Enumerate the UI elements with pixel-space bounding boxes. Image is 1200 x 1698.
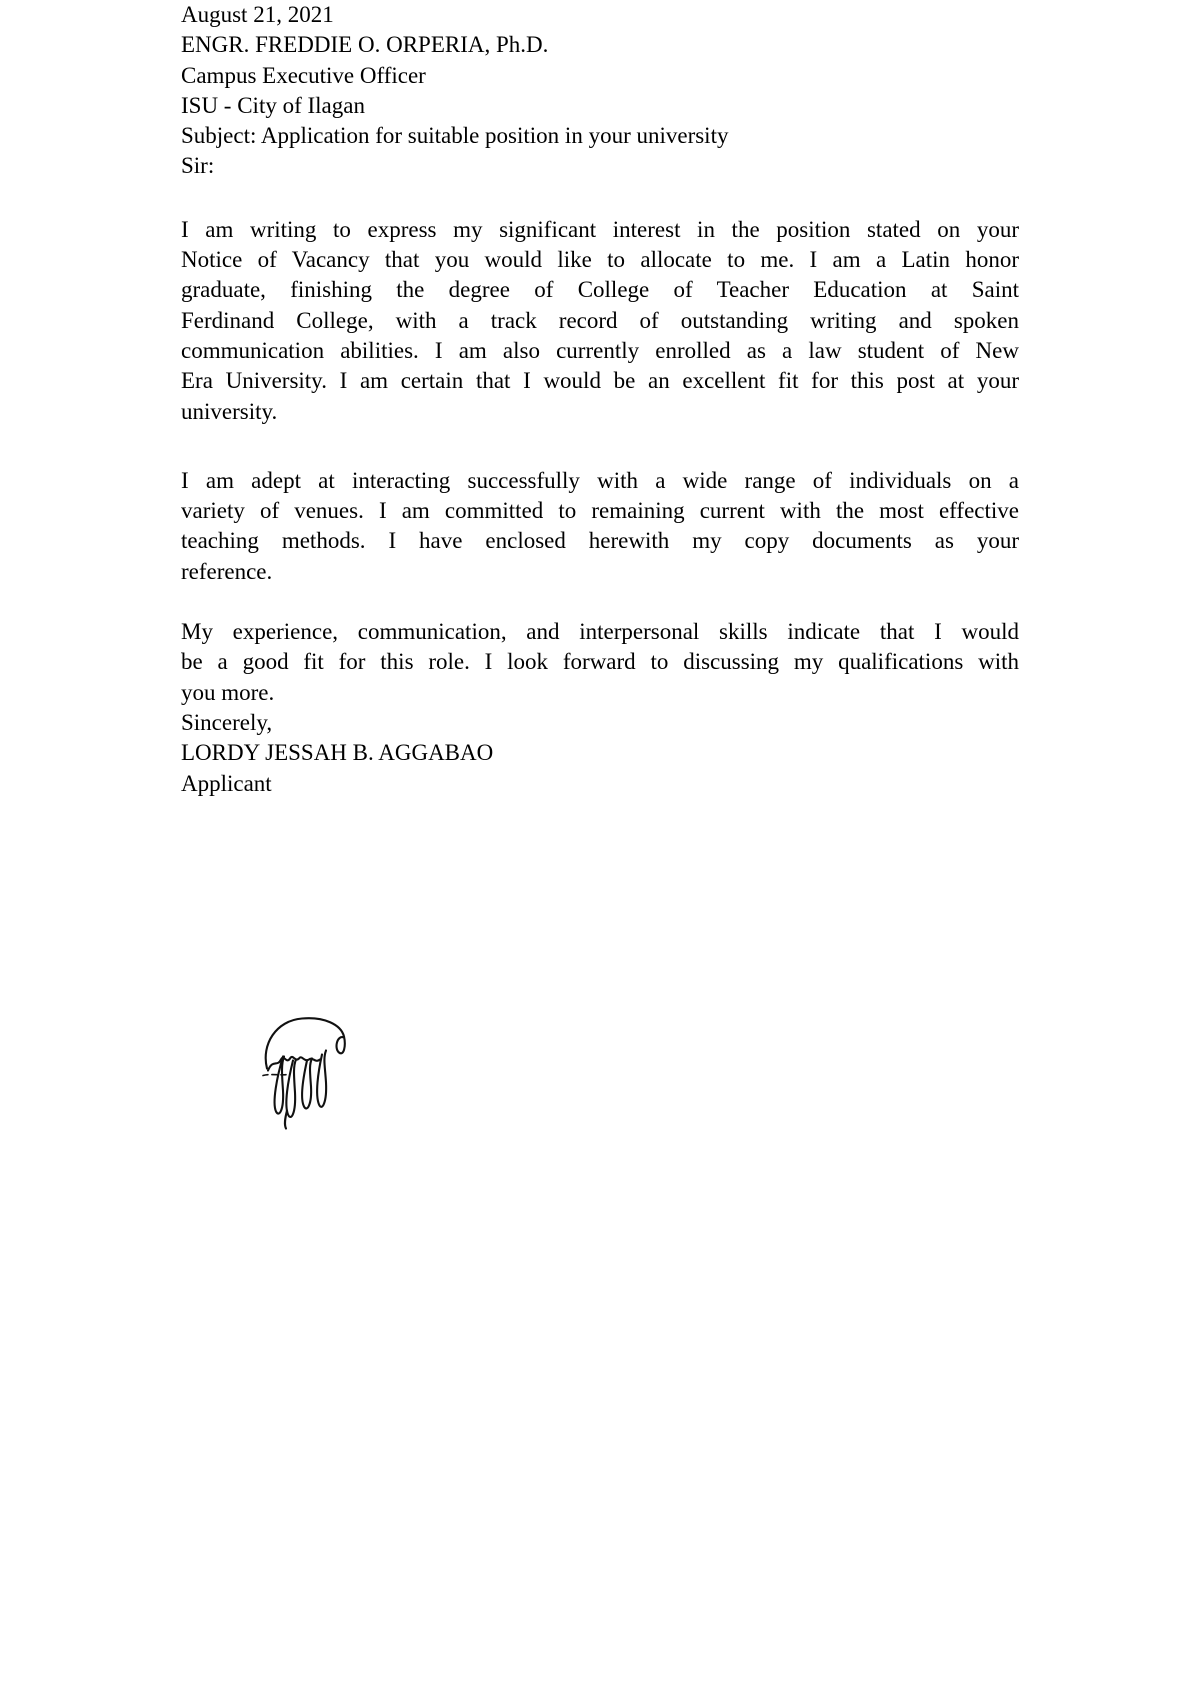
body-paragraph: I am writing to express my significant i… [181, 215, 1019, 427]
recipient-name: ENGR. FREDDIE O. ORPERIA, Ph.D. [181, 30, 1019, 60]
recipient-title: Campus Executive Officer [181, 61, 1019, 91]
recipient-block: ENGR. FREDDIE O. ORPERIA, Ph.D. Campus E… [181, 30, 1019, 121]
paragraph-line: Notice of Vacancy that you would like to… [181, 245, 1019, 275]
paragraph-line: be a good fit for this role. I look forw… [181, 647, 1019, 677]
paragraph-line: Ferdinand College, with a track record o… [181, 306, 1019, 336]
letter-content: August 21, 2021 ENGR. FREDDIE O. ORPERIA… [181, 0, 1019, 799]
paragraph-line: My experience, communication, and interp… [181, 617, 1019, 647]
signer-role: Applicant [181, 769, 1019, 799]
closing: Sincerely, [181, 708, 1019, 738]
handwritten-signature-icon [260, 1013, 352, 1131]
recipient-organization: ISU - City of Ilagan [181, 91, 1019, 121]
letter-date: August 21, 2021 [181, 0, 1019, 30]
letter-page: August 21, 2021 ENGR. FREDDIE O. ORPERIA… [0, 0, 1200, 1698]
paragraph-line: Era University. I am certain that I woul… [181, 366, 1019, 396]
paragraph-line: university. [181, 397, 1019, 427]
salutation: Sir: [181, 151, 1019, 181]
signer-name: LORDY JESSAH B. AGGABAO [181, 738, 1019, 768]
body-paragraph: I am adept at interacting successfully w… [181, 466, 1019, 587]
paragraph-line: variety of venues. I am committed to rem… [181, 496, 1019, 526]
subject-line: Subject: Application for suitable positi… [181, 121, 1019, 151]
paragraph-line: communication abilities. I am also curre… [181, 336, 1019, 366]
letter-body: I am writing to express my significant i… [181, 215, 1019, 708]
body-paragraph: My experience, communication, and interp… [181, 617, 1019, 708]
paragraph-line: I am adept at interacting successfully w… [181, 466, 1019, 496]
paragraph-line: teaching methods. I have enclosed herewi… [181, 526, 1019, 556]
paragraph-line: I am writing to express my significant i… [181, 215, 1019, 245]
paragraph-line: reference. [181, 557, 1019, 587]
paragraph-line: you more. [181, 678, 1019, 708]
paragraph-line: graduate, finishing the degree of Colleg… [181, 275, 1019, 305]
